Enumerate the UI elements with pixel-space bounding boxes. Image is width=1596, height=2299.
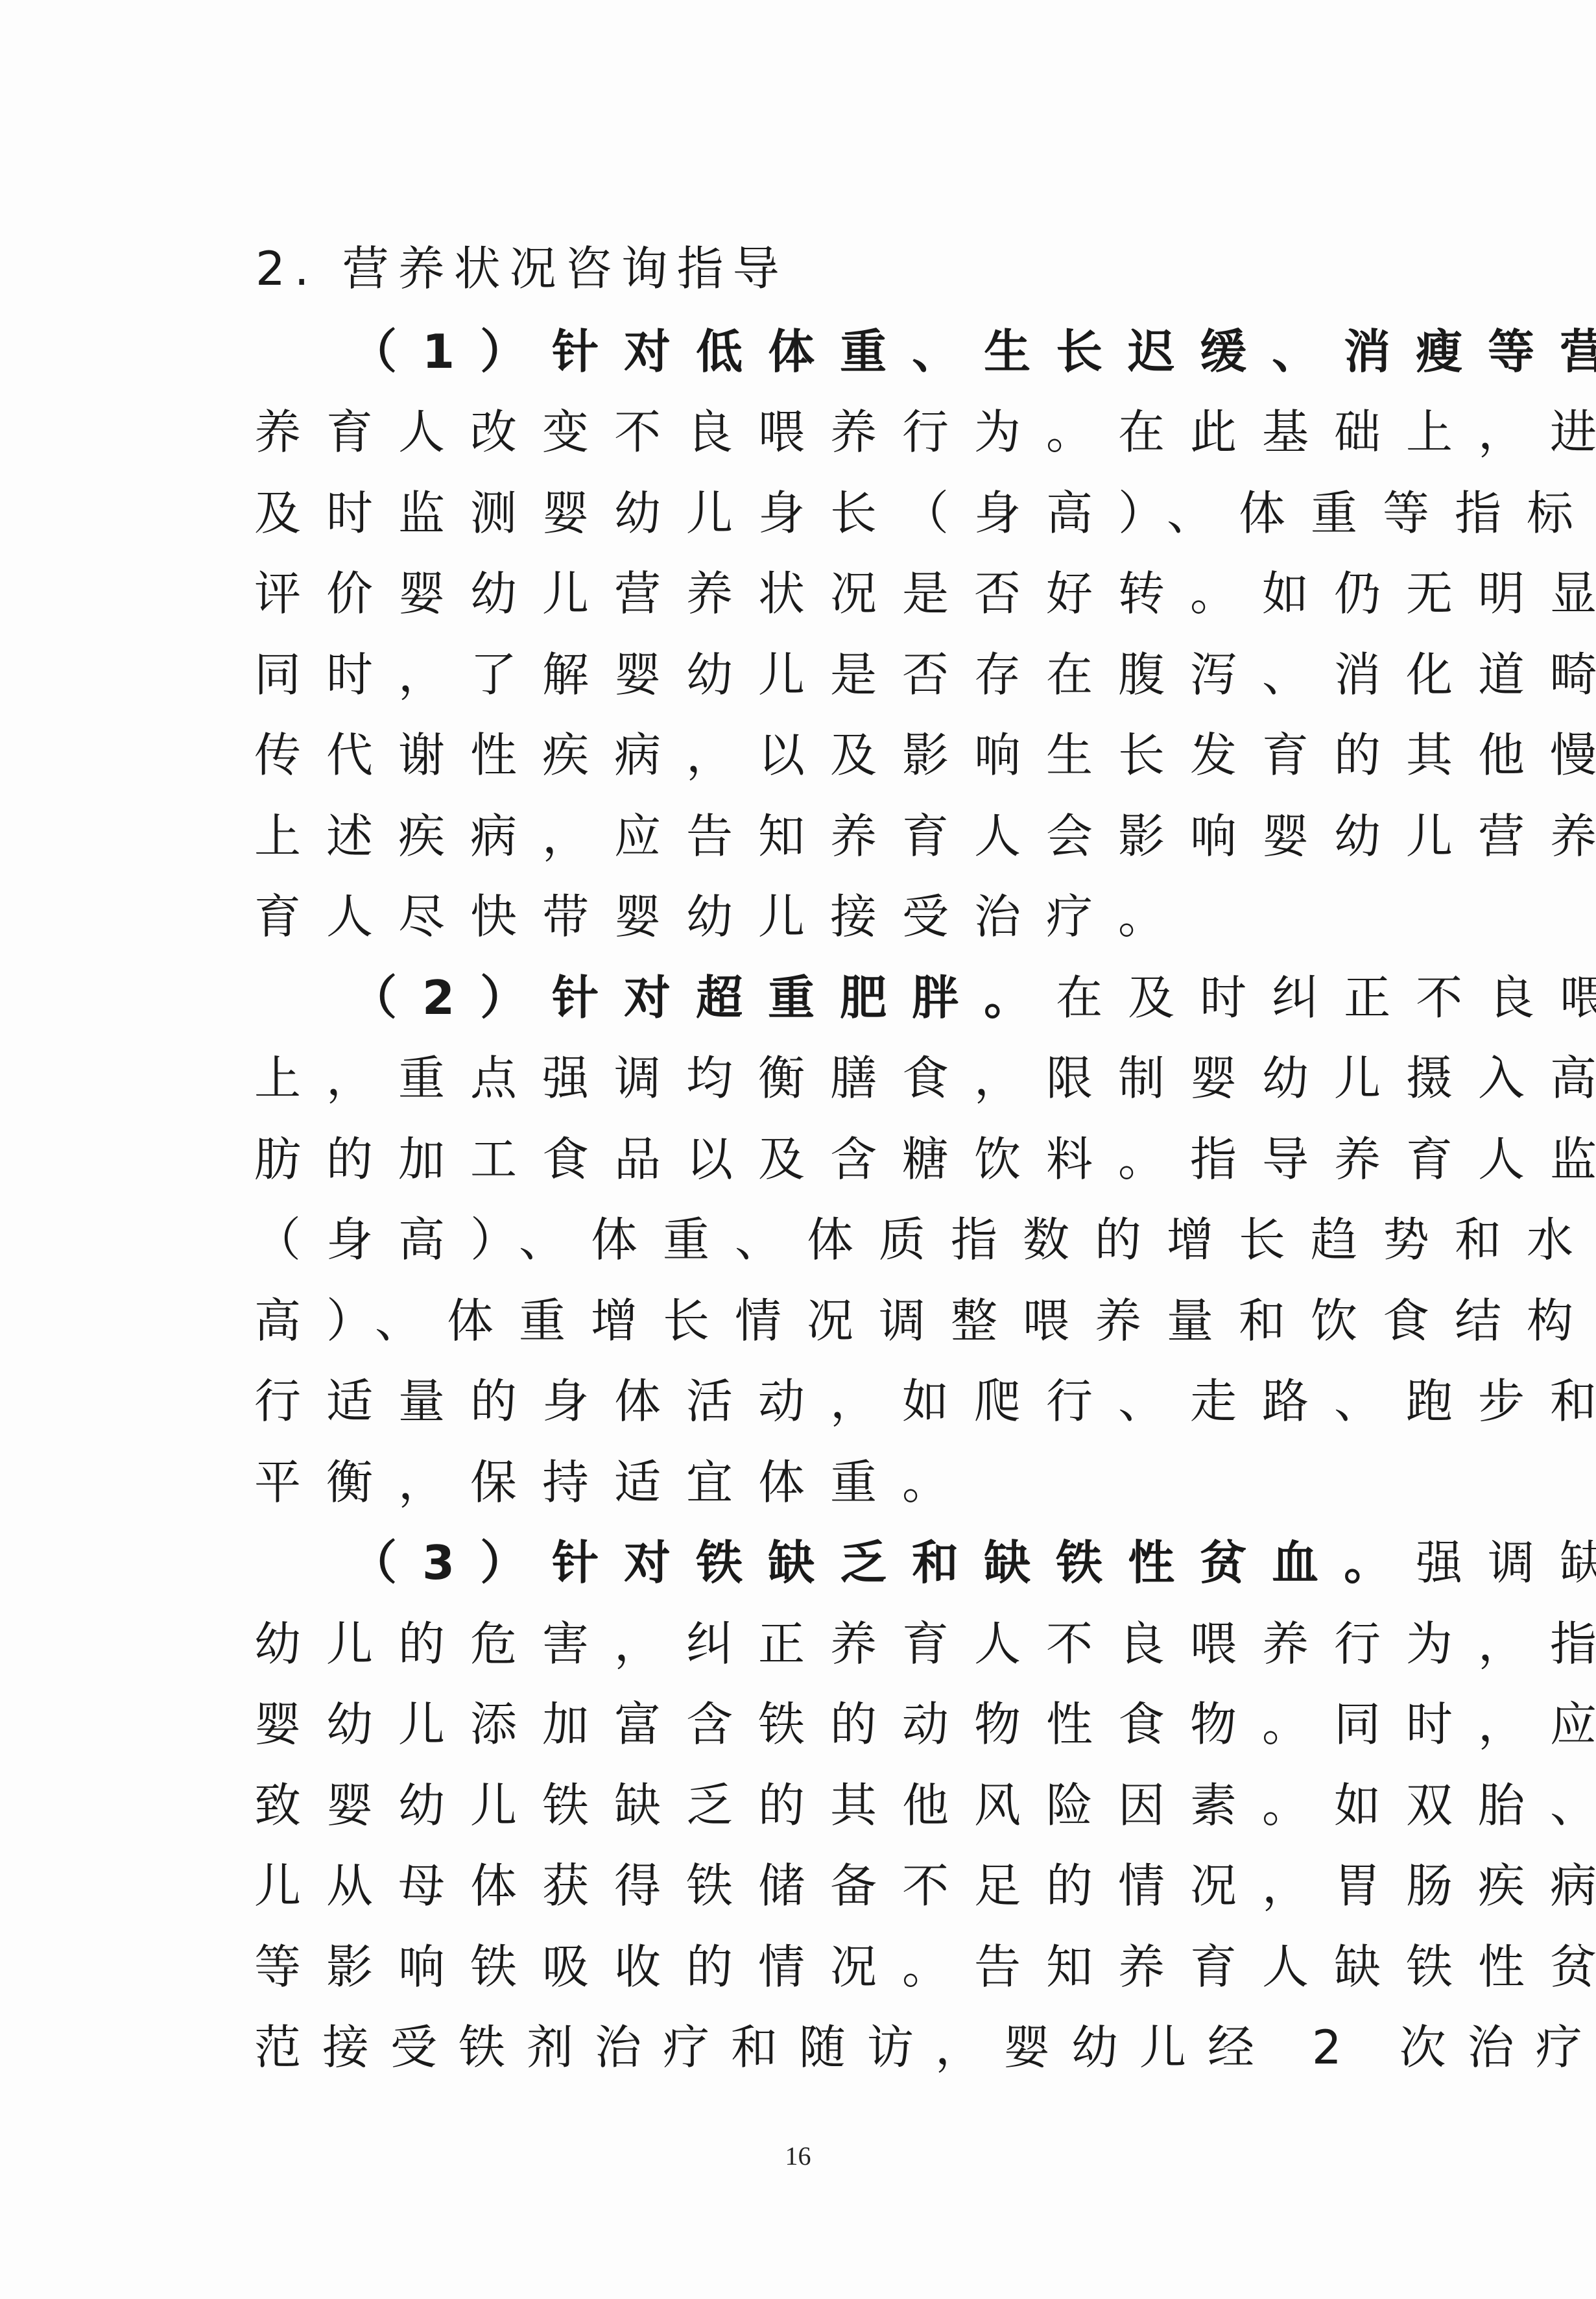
paragraph-line: 儿从母体获得铁储备不足的情况，胃肠疾病、牛奶蛋白过敏 bbox=[254, 1846, 1415, 1927]
paragraph-line: 行适量的身体活动，如爬行、走路、跑步和玩耍，促进吃动 bbox=[254, 1361, 1415, 1442]
paragraph-first-line: （1）针对低体重、生长迟缓、消瘦等营养不良。指导 bbox=[254, 311, 1415, 392]
paragraph-line: 及时监测婴幼儿身长（身高）、体重等指标，开展自我评估， bbox=[254, 473, 1415, 554]
paragraph-line: 婴幼儿添加富含铁的动物性食物。同时，应了解是否存在导 bbox=[254, 1684, 1415, 1765]
paragraph-line: 致婴幼儿铁缺乏的其他风险因素。如双胎、早产等造成婴幼 bbox=[254, 1765, 1415, 1846]
paragraph-lead-title: （3）针对铁缺乏和缺铁性贫血。 bbox=[350, 1535, 1416, 1590]
paragraph-lead-title: （2）针对超重肥胖。 bbox=[350, 970, 1056, 1025]
paragraph-line: 评价婴幼儿营养状况是否好转。如仍无明显改善，及时就医。 bbox=[254, 553, 1415, 634]
paragraph-line: 同时，了解婴幼儿是否存在腹泻、消化道畸形、内分泌及遗 bbox=[254, 634, 1415, 716]
paragraph-first-line: （3）针对铁缺乏和缺铁性贫血。强调缺铁性贫血对婴 bbox=[254, 1523, 1415, 1604]
page-body: 2. 营养状况咨询指导 （1）针对低体重、生长迟缓、消瘦等营养不良。指导 养育人… bbox=[254, 228, 1415, 2088]
paragraph-underweight: （1）针对低体重、生长迟缓、消瘦等营养不良。指导 养育人改变不良喂养行为。在此基… bbox=[254, 311, 1415, 957]
paragraph-line: 上，重点强调均衡膳食，限制婴幼儿摄入高糖、高盐和高脂 bbox=[254, 1038, 1415, 1119]
paragraph-line: 平衡，保持适宜体重。 bbox=[254, 1442, 1415, 1523]
paragraph-line: 等影响铁吸收的情况。告知养育人缺铁性贫血的婴幼儿需规 bbox=[254, 1927, 1415, 2008]
section-heading: 2. 营养状况咨询指导 bbox=[254, 228, 1415, 309]
paragraph-line: （身高）、体重、体质指数的增长趋势和水平，根据身长（身 bbox=[254, 1199, 1415, 1281]
paragraph-line: 上述疾病，应告知养育人会影响婴幼儿营养状况，并指导养 bbox=[254, 796, 1415, 877]
paragraph-line: 传代谢性疾病，以及影响生长发育的其他慢性疾病。如存在 bbox=[254, 715, 1415, 796]
paragraph-text: 在及时纠正不良喂养行为的基础 bbox=[1056, 970, 1596, 1025]
paragraph-line: 肪的加工食品以及含糖饮料。指导养育人监测婴幼儿身长 bbox=[254, 1119, 1415, 1200]
document-page: 2. 营养状况咨询指导 （1）针对低体重、生长迟缓、消瘦等营养不良。指导 养育人… bbox=[0, 0, 1596, 2299]
paragraph-line: 范接受铁剂治疗和随访，婴幼儿经 2 次治疗随访无明显改善， bbox=[254, 2007, 1415, 2088]
paragraph-line: 育人尽快带婴幼儿接受治疗。 bbox=[254, 876, 1415, 957]
page-number: 16 bbox=[0, 2141, 1596, 2171]
paragraph-text: 强调缺铁性贫血对婴 bbox=[1416, 1535, 1596, 1590]
paragraph-line: 养育人改变不良喂养行为。在此基础上，进一步指导养育人 bbox=[254, 392, 1415, 473]
paragraph-line: 幼儿的危害，纠正养育人不良喂养行为，指导养育人每日为 bbox=[254, 1604, 1415, 1685]
paragraph-overweight: （2）针对超重肥胖。在及时纠正不良喂养行为的基础 上，重点强调均衡膳食，限制婴幼… bbox=[254, 957, 1415, 1523]
paragraph-line: 高）、体重增长情况调整喂养量和饮食结构，鼓励婴幼儿进 bbox=[254, 1281, 1415, 1362]
paragraph-iron-deficiency: （3）针对铁缺乏和缺铁性贫血。强调缺铁性贫血对婴 幼儿的危害，纠正养育人不良喂养… bbox=[254, 1523, 1415, 2088]
paragraph-lead-title: （1）针对低体重、生长迟缓、消瘦等营养不良。 bbox=[350, 324, 1596, 379]
paragraph-first-line: （2）针对超重肥胖。在及时纠正不良喂养行为的基础 bbox=[254, 957, 1415, 1039]
